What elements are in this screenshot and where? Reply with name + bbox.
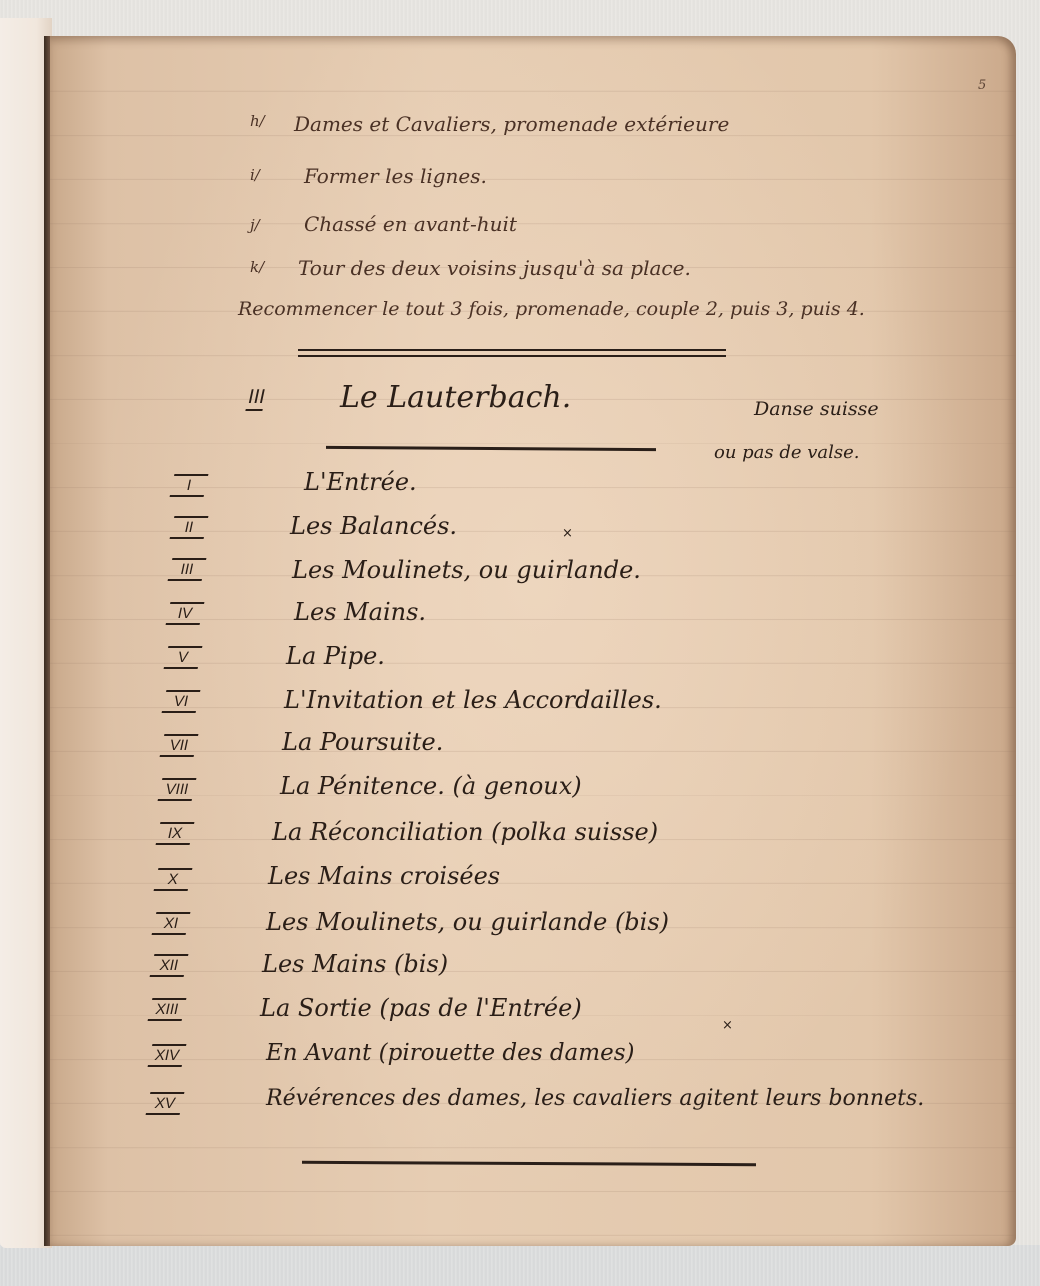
step-marker: h/ — [250, 112, 265, 130]
step-marker: j/ — [250, 216, 260, 234]
section-divider-top — [298, 349, 726, 351]
step-marker: k/ — [250, 258, 264, 276]
figure-numeral: XV — [146, 1092, 185, 1115]
figure-numeral: IV — [166, 602, 205, 625]
figure-title: Les Mains croisées — [268, 862, 500, 890]
figure-numeral: V — [164, 646, 203, 669]
figure-title: En Avant (pirouette des dames) — [266, 1040, 634, 1066]
figure-title: Les Balancés. — [290, 512, 457, 540]
figure-title: La Pénitence. (à genoux) — [280, 772, 582, 800]
figure-title: La Poursuite. — [282, 728, 443, 756]
step-text: Dames et Cavaliers, promenade extérieure — [294, 112, 729, 136]
section-title: Le Lauterbach. — [340, 380, 571, 415]
figure-title: La Pipe. — [286, 642, 385, 670]
figure-numeral: II — [170, 516, 209, 539]
figure-numeral: VI — [162, 690, 201, 713]
figure-numeral: XI — [152, 912, 191, 935]
figure-numeral: X — [154, 868, 193, 891]
figure-numeral: VIII — [158, 778, 197, 801]
figure-numeral: IX — [156, 822, 195, 845]
x-mark: × — [722, 1018, 733, 1033]
figure-numeral: VII — [160, 734, 199, 757]
x-mark: × — [562, 526, 573, 541]
figure-title: Révérences des dames, les cavaliers agit… — [266, 1086, 924, 1111]
cloth-background — [0, 1245, 1040, 1286]
section-subtitle: ou pas de valse. — [714, 442, 860, 463]
section-subtitle: Danse suisse — [754, 398, 879, 420]
figure-title: La Sortie (pas de l'Entrée) — [260, 994, 582, 1022]
page-number: 5 — [978, 78, 986, 93]
figure-numeral: XIV — [148, 1044, 187, 1067]
notebook-page: 5 h/ Dames et Cavaliers, promenade extér… — [50, 36, 1016, 1246]
figure-numeral: III — [168, 558, 207, 581]
repeat-note: Recommencer le tout 3 fois, promenade, c… — [238, 298, 865, 320]
figure-numeral: I — [170, 474, 209, 497]
figure-title: Les Mains. — [294, 598, 426, 626]
step-text: Chassé en avant-huit — [304, 212, 517, 236]
figure-title: La Réconciliation (polka suisse) — [272, 818, 658, 846]
figure-title: Les Moulinets, ou guirlande. — [292, 556, 641, 584]
figure-title: L'Entrée. — [304, 468, 417, 496]
step-text: Tour des deux voisins jusqu'à sa place. — [298, 256, 691, 280]
figure-title: Les Mains (bis) — [262, 950, 448, 978]
step-marker: i/ — [250, 166, 260, 184]
step-text: Former les lignes. — [304, 164, 487, 188]
figure-numeral: XII — [150, 954, 189, 977]
figure-numeral: XIII — [148, 998, 187, 1021]
figure-title: L'Invitation et les Accordailles. — [284, 686, 662, 714]
section-divider-top — [298, 355, 726, 357]
figure-title: Les Moulinets, ou guirlande (bis) — [266, 908, 669, 936]
